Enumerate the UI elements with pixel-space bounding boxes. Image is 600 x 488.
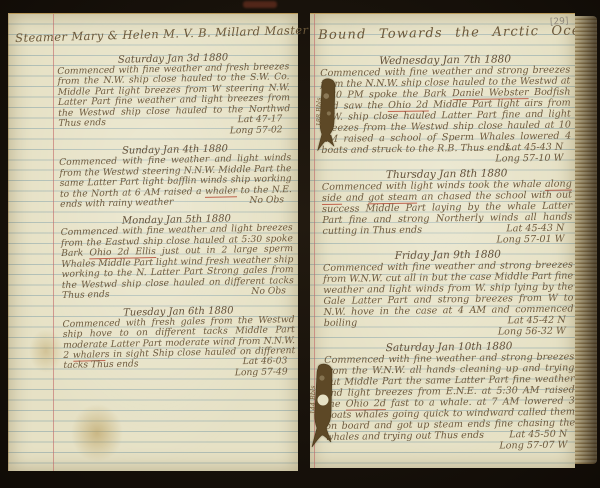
ink-smudge <box>243 1 277 8</box>
book-fore-edge <box>575 16 597 464</box>
log-entry: Thursday Jan 8th 1880 Commenced with lig… <box>322 166 573 247</box>
left-page-entries: Saturday Jan 3d 1880 Commenced with fine… <box>57 51 296 389</box>
log-entry: Monday Jan 5th 1880 Commenced with fine … <box>60 213 294 302</box>
page-stain <box>71 404 123 462</box>
log-entry: Saturday Jan 3d 1880 Commenced with fine… <box>57 51 291 140</box>
log-entry: Friday Jan 9th 1880 Commenced with fine … <box>323 247 574 339</box>
log-entry: Sunday Jan 4th 1880 Commenced with fine … <box>59 142 292 210</box>
log-entry: Wednesday Jan 7th 1880 Commenced with fi… <box>320 53 572 167</box>
page-stain <box>29 329 63 373</box>
logbook-photo: Steamer Mary & Helen M. V. B. Millard Ma… <box>0 0 600 488</box>
margin-rule-line <box>53 14 54 471</box>
longitude-note: Long 56-32 W <box>324 325 574 339</box>
logbook-page-right: Bound Towards the Arctic Ocean [29] Wedn… <box>310 13 575 468</box>
log-entry: Saturday Jan 10th 1880 Commenced with fi… <box>324 339 576 453</box>
barrels-note: 144 Bbls <box>309 377 317 423</box>
logbook-page-left: Steamer Mary & Helen M. V. B. Millard Ma… <box>8 13 298 471</box>
whale-stamp: 188 Bbls <box>315 72 341 160</box>
pencil-page-number: [29] <box>549 16 568 27</box>
whale-stamp: 144 Bbls <box>309 360 339 454</box>
left-page-header: Steamer Mary & Helen M. V. B. Millard Ma… <box>15 23 309 45</box>
barrels-note: 188 Bbls <box>315 89 323 135</box>
log-entry: Tuesday Jan 6th 1880 Commenced with fres… <box>62 304 295 383</box>
right-page-entries: Wednesday Jan 7th 1880 Commenced with fi… <box>320 53 576 457</box>
